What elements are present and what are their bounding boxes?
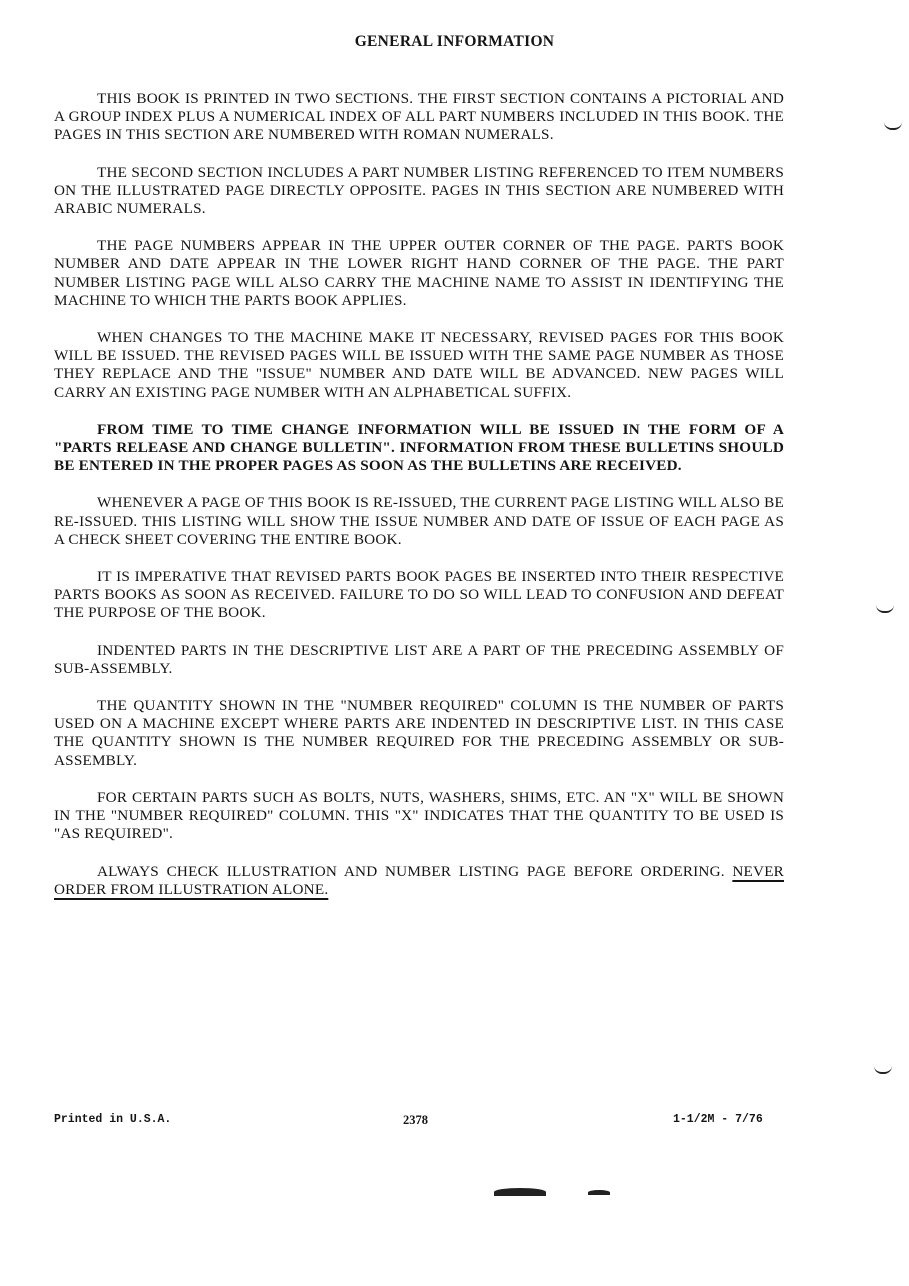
- paragraph-always-check: ALWAYS CHECK ILLUSTRATION AND NUMBER LIS…: [54, 863, 784, 899]
- paragraph-reissue: WHENEVER A PAGE OF THIS BOOK IS RE-ISSUE…: [54, 494, 784, 549]
- paragraph-imperative: IT IS IMPERATIVE THAT REVISED PARTS BOOK…: [54, 568, 784, 623]
- paragraph-sections: THIS BOOK IS PRINTED IN TWO SECTIONS. TH…: [54, 90, 784, 145]
- scan-smudge: [494, 1188, 546, 1196]
- paragraph-page-numbers: THE PAGE NUMBERS APPEAR IN THE UPPER OUT…: [54, 237, 784, 310]
- paragraph-second-section: THE SECOND SECTION INCLUDES A PART NUMBE…: [54, 164, 784, 219]
- always-check-text: ALWAYS CHECK ILLUSTRATION AND NUMBER LIS…: [97, 863, 732, 880]
- paragraph-revised-pages: WHEN CHANGES TO THE MACHINE MAKE IT NECE…: [54, 329, 784, 402]
- footer-book-code: 1-1/2M - 7/76: [673, 1113, 763, 1126]
- paragraph-quantity: THE QUANTITY SHOWN IN THE "NUMBER REQUIR…: [54, 697, 784, 770]
- binder-hole-mark: [876, 605, 894, 613]
- footer-page-number: 2378: [403, 1113, 428, 1128]
- paragraph-as-required: FOR CERTAIN PARTS SUCH AS BOLTS, NUTS, W…: [54, 789, 784, 844]
- paragraph-indented-parts: INDENTED PARTS IN THE DESCRIPTIVE LIST A…: [54, 642, 784, 678]
- scan-smudge: [588, 1190, 610, 1195]
- document-body: THIS BOOK IS PRINTED IN TWO SECTIONS. TH…: [54, 90, 784, 918]
- page-title: GENERAL INFORMATION: [0, 33, 909, 51]
- paragraph-change-bulletin: FROM TIME TO TIME CHANGE INFORMATION WIL…: [54, 421, 784, 476]
- footer-printed-in: Printed in U.S.A.: [54, 1113, 171, 1126]
- binder-hole-mark: [874, 1066, 892, 1074]
- binder-hole-mark: [884, 122, 902, 130]
